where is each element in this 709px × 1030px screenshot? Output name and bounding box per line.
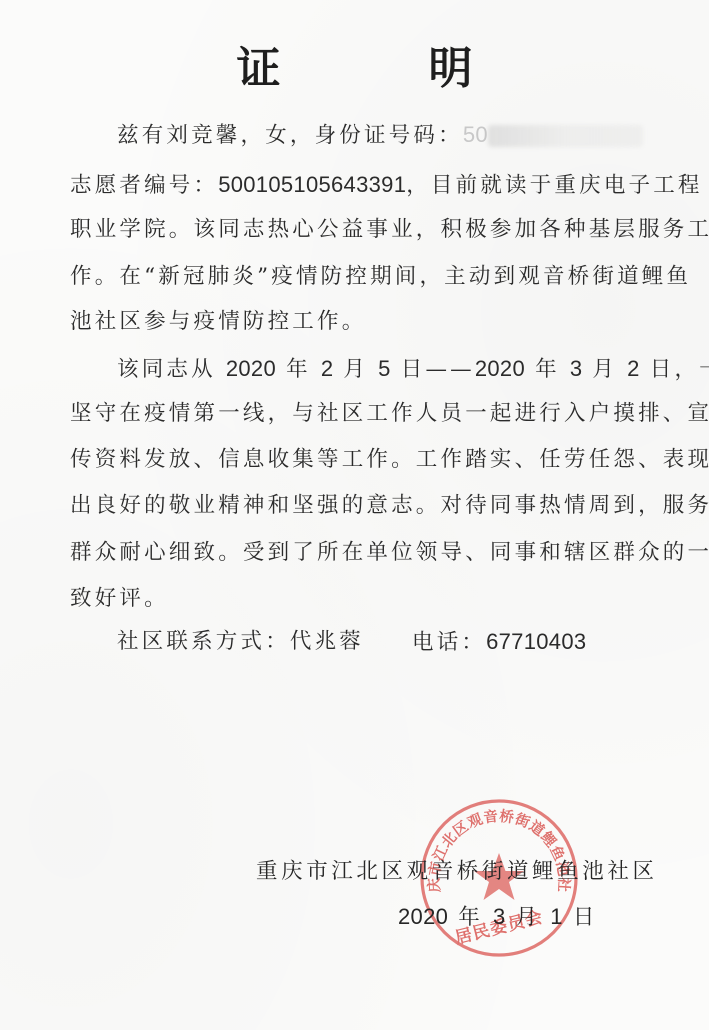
signature-organization: 重庆市江北区观音桥街道鲤鱼池社区	[256, 857, 658, 887]
year-label: 年	[535, 357, 560, 382]
start-day: 5	[378, 356, 391, 381]
date-month: 3	[493, 904, 506, 929]
date-year: 2020	[398, 904, 448, 929]
month-label: 月	[343, 357, 368, 382]
paragraph1-line5: 池社区参与疫情防控工作。	[70, 307, 366, 337]
document-page: 证 明 兹有刘竞馨，女，身份证号码：50 志愿者编号：5001051056433…	[0, 0, 709, 1030]
paragraph2-line1: 该同志从 2020 年 2 月 5 日——2020 年 3 月 2 日，一直	[117, 354, 709, 385]
paragraph1-line4: 作。在“新冠肺炎”疫情防控期间，主动到观音桥街道鲤鱼	[70, 262, 691, 292]
paragraph2-line2: 坚守在疫情第一线，与社区工作人员一起进行入户摸排、宣	[70, 399, 709, 429]
id-number-partial: 50	[463, 122, 488, 147]
contact-name: 代兆蓉	[290, 629, 364, 654]
date-day-label: 日	[573, 905, 598, 930]
date-month-label: 月	[516, 905, 541, 930]
document-title: 证 明	[0, 32, 709, 96]
volunteer-id: 50010510564339​1	[218, 172, 406, 197]
signature-date: 2020 年 3 月 1 日	[398, 902, 598, 933]
year-label: 年	[286, 357, 311, 382]
end-month: 3	[570, 356, 583, 381]
start-month: 2	[321, 356, 334, 381]
phone-label: 电话：	[412, 630, 486, 655]
paragraph1-line1: 兹有刘竞馨，女，身份证号码：50	[117, 120, 643, 151]
paragraph2-line3: 传资料发放、信息收集等工作。工作踏实、任劳任怨、表现	[70, 445, 709, 475]
paragraph2-line5: 群众耐心细致。受到了所在单位领导、同事和辖区群众的一	[70, 538, 709, 568]
service-intro: 该同志从	[117, 357, 216, 382]
contact-label: 社区联系方式：	[117, 629, 290, 654]
phone-number: 67710403	[486, 629, 586, 654]
day-label: 日，一直	[650, 357, 709, 382]
day-label-dash: 日——	[401, 357, 475, 382]
identity-text: 兹有刘竞馨，女，身份证号码：	[117, 123, 463, 148]
id-number-redaction	[488, 125, 643, 147]
start-year: 2020	[226, 356, 276, 381]
paragraph1-line3: 职业学院。该同志热心公益事业，积极参加各种基层服务工	[70, 215, 709, 245]
paragraph2-line6: 致好评。	[70, 584, 169, 614]
school-text: ，目前就读于重庆电子工程	[406, 173, 702, 198]
volunteer-label: 志愿者编号：	[70, 173, 218, 198]
date-year-label: 年	[458, 905, 483, 930]
month-label: 月	[592, 357, 617, 382]
paragraph2-line4: 出良好的敬业精神和坚强的意志。对待同事热情周到，服务	[70, 491, 709, 521]
date-day: 1	[550, 904, 563, 929]
contact-line: 社区联系方式：代兆蓉	[117, 627, 364, 657]
paragraph1-line2: 志愿者编号：50010510564339​1，目前就读于重庆电子工程	[70, 170, 703, 201]
end-year: 2020	[475, 356, 525, 381]
end-day: 2	[627, 356, 640, 381]
phone-line: 电话：67710403	[412, 627, 586, 658]
